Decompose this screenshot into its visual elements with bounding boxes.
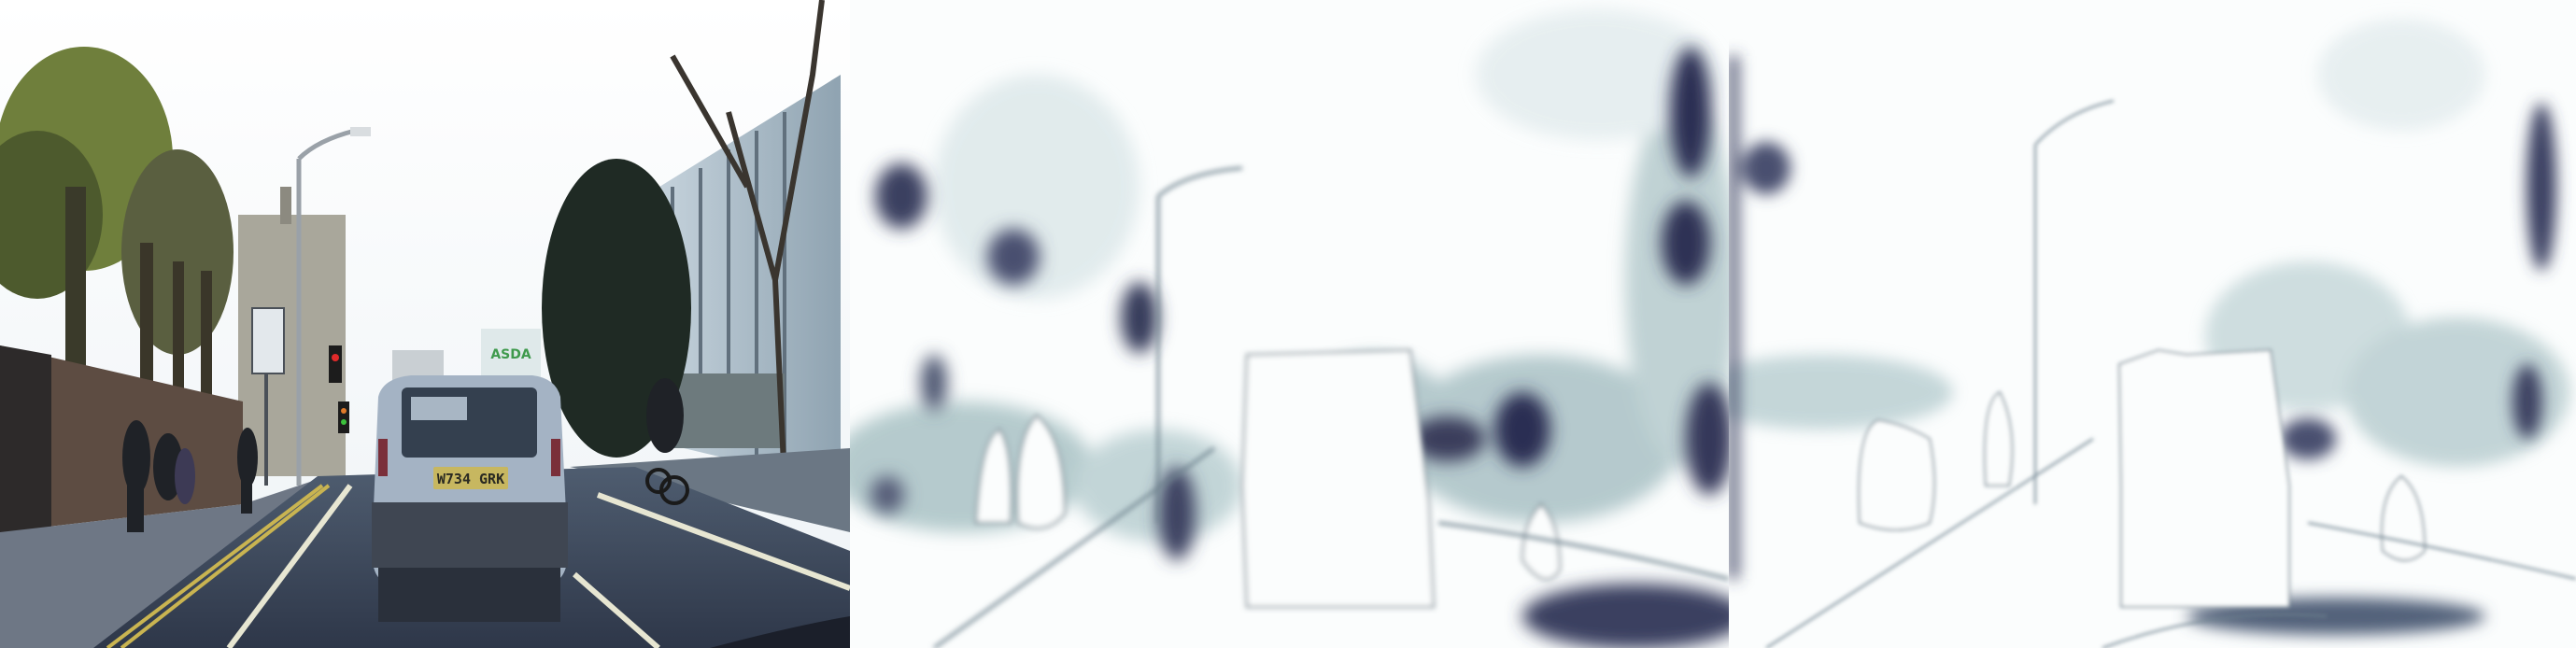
heatmap-panel-b: [1729, 0, 2576, 648]
heatmap-panel-a: [850, 0, 1729, 648]
hatchback-car: W734 GRK: [372, 375, 568, 622]
uncertainty-heatmap-a: [850, 0, 1729, 648]
uncertainty-heatmap-b: [1729, 0, 2576, 648]
truck-logo-text: ASDA: [490, 347, 531, 362]
street-scene-image: ASDA W734 GRK: [0, 0, 850, 648]
input-photo-panel: ASDA W734 GRK: [0, 0, 850, 648]
license-plate-text: W734 GRK: [437, 471, 504, 487]
